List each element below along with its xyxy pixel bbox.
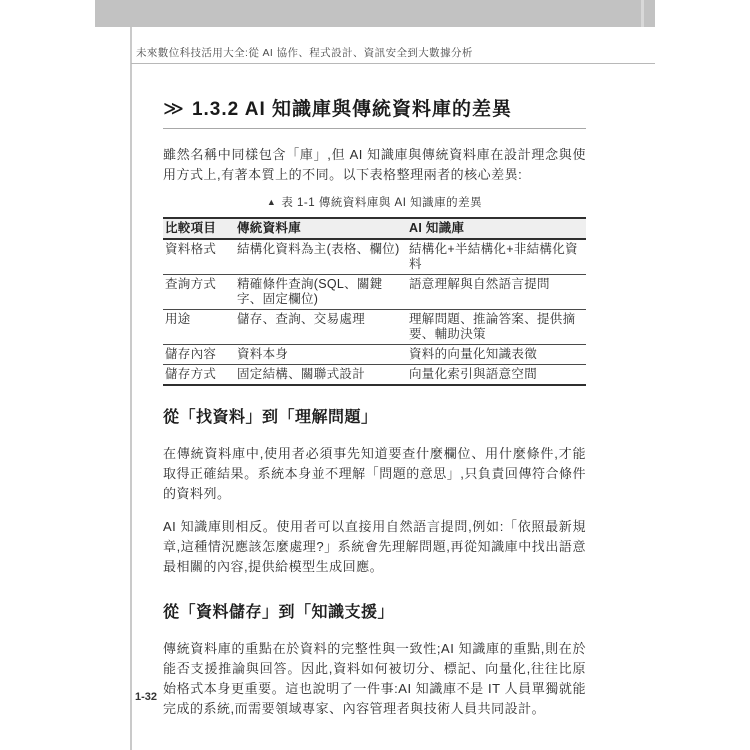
section-heading: ≫1.3.2 AI 知識庫與傳統資料庫的差異 (163, 97, 586, 129)
table-row: 資料格式 結構化資料為主(表格、欄位) 結構化+半結構化+非結構化資料 (163, 239, 586, 275)
scan-band-streak (641, 0, 644, 27)
page-content: ≫1.3.2 AI 知識庫與傳統資料庫的差異 雖然名稱中同樣包含「庫」,但 AI… (163, 0, 586, 719)
table-caption-text: 表 1-1 傳統資料庫與 AI 知識庫的差異 (281, 197, 482, 209)
body-paragraph: 在傳統資料庫中,使用者必須事先知道要查什麼欄位、用什麼條件,才能取得正確結果。系… (163, 444, 586, 504)
body-paragraph: 傳統資料庫的重點在於資料的完整性與一致性;AI 知識庫的重點,則在於能否支援推論… (163, 639, 586, 719)
table-row: 用途 儲存、查詢、交易處理 理解問題、推論答案、提供摘要、輔助決策 (163, 310, 586, 345)
table-caption-marker-icon: ▲ (267, 197, 276, 207)
table-header-row: 比較項目 傳統資料庫 AI 知識庫 (163, 218, 586, 239)
cell-ai: 理解問題、推論答案、提供摘要、輔助決策 (407, 310, 586, 345)
row-label: 資料格式 (163, 239, 235, 275)
table-row: 儲存方式 固定結構、關聯式設計 向量化索引與語意空間 (163, 365, 586, 386)
cell-traditional: 固定結構、關聯式設計 (235, 365, 407, 386)
cell-ai: 資料的向量化知識表徵 (407, 345, 586, 365)
row-label: 儲存方式 (163, 365, 235, 386)
subsection-heading-storage-vs-support: 從「資料儲存」到「知識支援」 (163, 603, 586, 623)
table-caption: ▲表 1-1 傳統資料庫與 AI 知識庫的差異 (163, 194, 586, 210)
body-paragraph: AI 知識庫則相反。使用者可以直接用自然語言提問,例如:「依照最新規章,這種情況… (163, 517, 586, 577)
page-left-edge-line (130, 27, 132, 750)
row-label: 儲存內容 (163, 345, 235, 365)
page-number: 1-32 (135, 691, 157, 703)
cell-traditional: 結構化資料為主(表格、欄位) (235, 239, 407, 275)
cell-ai: 向量化索引與語意空間 (407, 365, 586, 386)
column-header-item: 比較項目 (163, 218, 235, 239)
intro-paragraph: 雖然名稱中同樣包含「庫」,但 AI 知識庫與傳統資料庫在設計理念與使用方式上,有… (163, 145, 586, 185)
section-title: 1.3.2 AI 知識庫與傳統資料庫的差異 (192, 99, 512, 120)
cell-traditional: 儲存、查詢、交易處理 (235, 310, 407, 345)
column-header-traditional-db: 傳統資料庫 (235, 218, 407, 239)
column-header-ai-kb: AI 知識庫 (407, 218, 586, 239)
cell-traditional: 資料本身 (235, 345, 407, 365)
row-label: 查詢方式 (163, 275, 235, 310)
comparison-table: 比較項目 傳統資料庫 AI 知識庫 資料格式 結構化資料為主(表格、欄位) 結構… (163, 217, 586, 386)
cell-ai: 結構化+半結構化+非結構化資料 (407, 239, 586, 275)
cell-traditional: 精確條件查詢(SQL、關鍵字、固定欄位) (235, 275, 407, 310)
row-label: 用途 (163, 310, 235, 345)
table-row: 儲存內容 資料本身 資料的向量化知識表徵 (163, 345, 586, 365)
section-marker-icon: ≫ (163, 98, 185, 120)
subsection-heading-find-vs-understand: 從「找資料」到「理解問題」 (163, 408, 586, 428)
cell-ai: 語意理解與自然語言提問 (407, 275, 586, 310)
table-row: 查詢方式 精確條件查詢(SQL、關鍵字、固定欄位) 語意理解與自然語言提問 (163, 275, 586, 310)
